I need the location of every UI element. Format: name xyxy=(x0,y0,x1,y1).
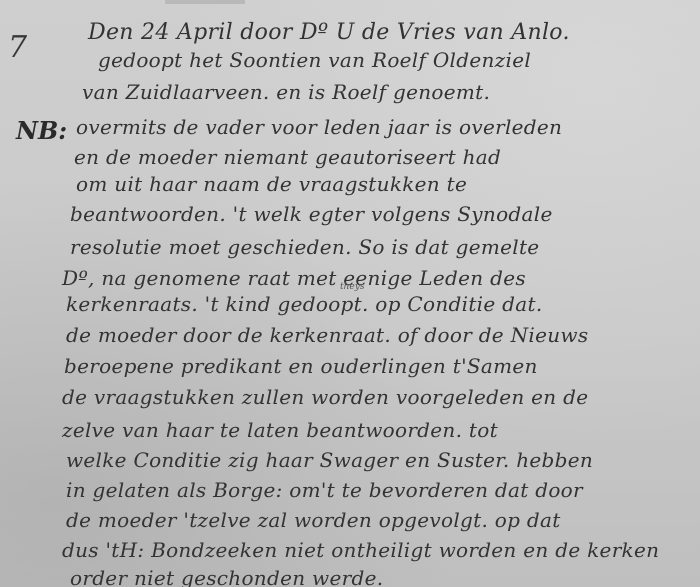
text-line-5: en de moeder niemant geautoriseert had xyxy=(74,145,501,169)
text-line-2: gedoopt het Soontien van Roelf Oldenziel xyxy=(98,48,531,72)
text-line-13: de vraagstukken zullen worden voorgelede… xyxy=(62,385,588,409)
text-line-3-content: van Zuidlaarveen. en is Roelf genoemt. xyxy=(82,80,490,104)
entry-number: 7 xyxy=(8,30,27,65)
interlinear-insert: theys xyxy=(340,282,364,292)
text-line-9: Dº, na genomene raat met eenige Leden de… xyxy=(62,266,526,290)
text-line-7: beantwoorden. 't welk egter volgens Syno… xyxy=(70,202,553,226)
text-line-4: overmits de vader voor leden jaar is ove… xyxy=(76,115,562,139)
document-page: 7 NB: Den 24 April door Dº U de Vries va… xyxy=(0,0,700,587)
nota-bene-marker: NB: xyxy=(16,116,67,145)
text-line-17: de moeder 'tzelve zal worden opgevolgt. … xyxy=(66,508,561,532)
text-line-1: Den 24 April door Dº U de Vries van Anlo… xyxy=(88,20,570,45)
text-line-14: zelve van haar te laten beantwoorden. to… xyxy=(62,418,498,442)
text-line-12: beroepene predikant en ouderlingen t'Sam… xyxy=(64,354,538,378)
text-line-11: de moeder door de kerkenraat. of door de… xyxy=(66,323,588,347)
text-line-15: welke Conditie zig haar Swager en Suster… xyxy=(66,448,593,472)
text-line-18: dus 'tH: Bondzeeken niet ontheiligt word… xyxy=(62,538,659,562)
text-line-10: kerkenraats. 't kind gedoopt. op Conditi… xyxy=(66,292,542,316)
text-line-3: van Zuidlaarveen. en is Roelf genoemt. xyxy=(82,80,490,104)
text-line-16: in gelaten als Borge: om't te bevorderen… xyxy=(66,478,583,502)
paper-edge-strip xyxy=(165,0,245,4)
text-line-19: order niet geschonden werde. xyxy=(70,566,383,587)
text-line-8: resolutie moet geschieden. So is dat gem… xyxy=(70,235,539,259)
text-line-6: om uit haar naam de vraagstukken te xyxy=(76,172,467,196)
